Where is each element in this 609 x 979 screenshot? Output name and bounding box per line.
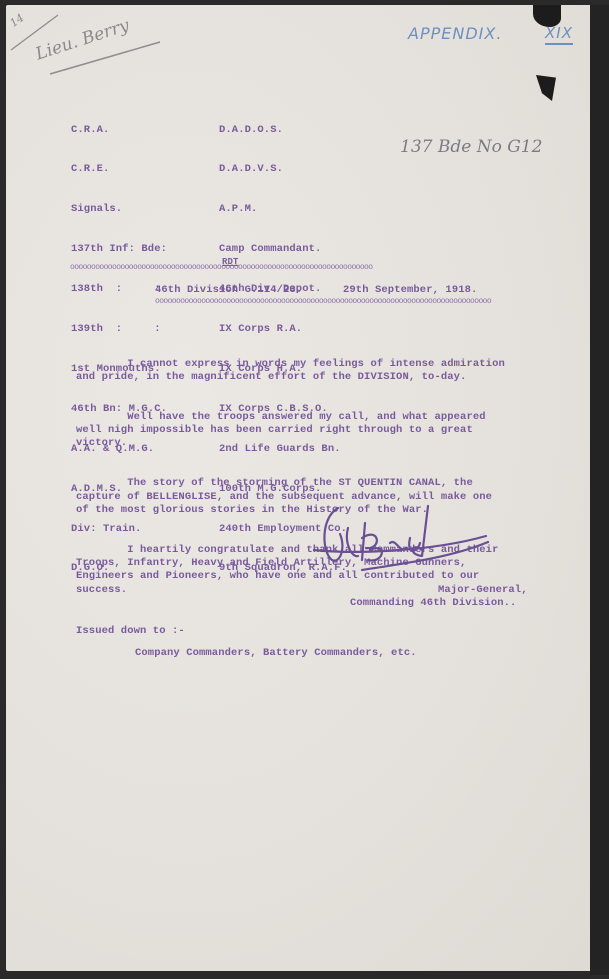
distribution-item: D.A.D.V.S. — [219, 163, 347, 176]
separator-line: oooooooooooooooooooooooooooooooooooooooo… — [155, 297, 504, 306]
distribution-item: Camp Commandant. — [219, 243, 347, 256]
distribution-item: D.A.D.O.S. — [219, 124, 347, 137]
distribution-item: Signals. — [71, 203, 167, 216]
signatory-title: Commanding 46th Division.. — [350, 597, 516, 610]
paragraph: Well have the troops answered my call, a… — [76, 411, 576, 451]
signatory-rank: Major-General, — [438, 584, 528, 597]
document-date: 29th September, 1918. — [343, 284, 477, 297]
paragraph: I cannot express in words my feelings of… — [76, 358, 576, 385]
issued-recipients: Company Commanders, Battery Commanders, … — [135, 647, 417, 660]
issued-label: Issued down to :- — [76, 625, 185, 638]
reference-number: 46th Division G.114/23. — [155, 284, 302, 297]
distribution-item: A.P.M. — [219, 203, 347, 216]
appendix-label: APPENDIX. — [408, 24, 502, 43]
appendix-numeral: XIX — [545, 24, 573, 45]
margin-note: 137 Bde No G12 — [400, 137, 542, 157]
handwritten-signature — [310, 498, 500, 578]
separator-line: oooooooooooooooooooooooooooooooooooooooo… — [70, 263, 376, 272]
distribution-item: 138th : : — [71, 283, 167, 296]
scan-border — [590, 5, 609, 975]
distribution-item: C.R.A. — [71, 124, 167, 137]
distribution-item: 137th Inf: Bde: — [71, 243, 167, 256]
distribution-item: C.R.E. — [71, 163, 167, 176]
